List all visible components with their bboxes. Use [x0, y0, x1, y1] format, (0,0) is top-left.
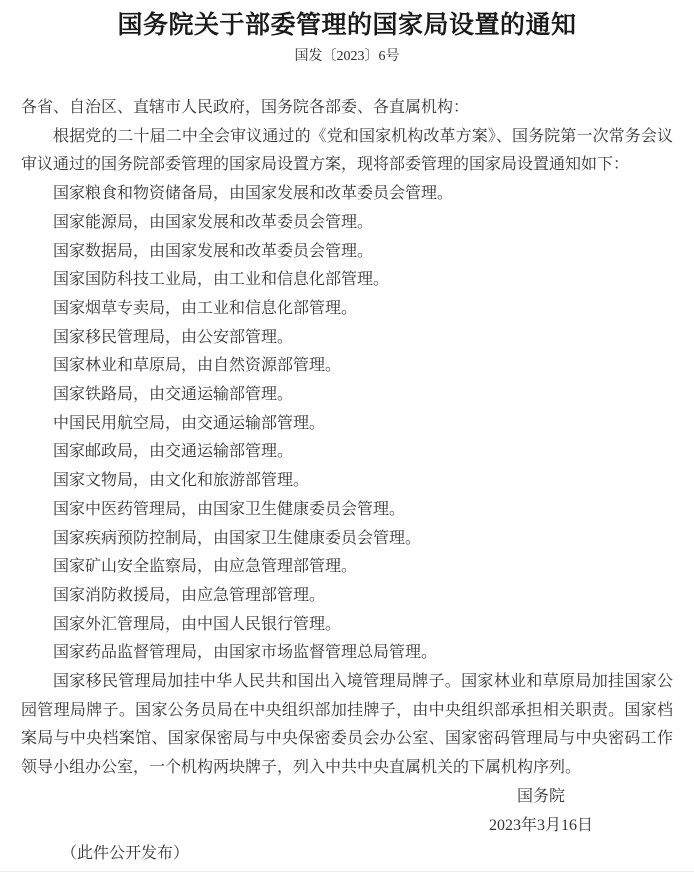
bureau-line: 国家文物局，由文化和旅游部管理。: [21, 467, 673, 496]
bureau-line: 国家林业和草原局，由自然资源部管理。: [21, 352, 673, 381]
bureau-line: 国家移民管理局，由公安部管理。: [21, 324, 673, 353]
bureau-line: 国家消防救援局，由应急管理部管理。: [21, 582, 673, 611]
bureau-line: 国家数据局，由国家发展和改革委员会管理。: [21, 238, 673, 267]
bureau-line: 国家中医药管理局，由国家卫生健康委员会管理。: [21, 496, 673, 525]
signature-block: 国务院 2023年3月16日: [21, 783, 673, 840]
bureau-line: 国家疾病预防控制局，由国家卫生健康委员会管理。: [21, 525, 673, 554]
document-number: 国发〔2023〕6号: [21, 46, 673, 68]
public-release-note: （此件公开发布）: [21, 840, 673, 869]
bureau-line: 中国民用航空局，由交通运输部管理。: [21, 410, 673, 439]
bureau-line: 国家烟草专卖局，由工业和信息化部管理。: [21, 295, 673, 324]
signature-inner: 国务院 2023年3月16日: [489, 783, 593, 840]
document-content: 国务院关于部委管理的国家局设置的通知 国发〔2023〕6号 各省、自治区、直辖市…: [21, 10, 673, 869]
bureau-line: 国家国防科技工业局，由工业和信息化部管理。: [21, 266, 673, 295]
document-title: 国务院关于部委管理的国家局设置的通知: [21, 10, 673, 42]
bureau-line: 国家药品监督管理局，由国家市场监督管理总局管理。: [21, 639, 673, 668]
bureau-line: 国家矿山安全监察局，由应急管理部管理。: [21, 553, 673, 582]
document-body: 各省、自治区、直辖市人民政府，国务院各部委、各直属机构： 根据党的二十届二中全会…: [21, 94, 673, 869]
signature-signer: 国务院: [489, 783, 593, 812]
salutation-line: 各省、自治区、直辖市人民政府，国务院各部委、各直属机构：: [21, 94, 673, 123]
signature-date: 2023年3月16日: [489, 812, 593, 841]
closing-paragraph: 国家移民管理局加挂中华人民共和国出入境管理局牌子。国家林业和草原局加挂国家公园管…: [21, 668, 673, 783]
bureau-line: 国家粮食和物资储备局，由国家发展和改革委员会管理。: [21, 180, 673, 209]
bureau-line: 国家能源局，由国家发展和改革委员会管理。: [21, 209, 673, 238]
bureau-line: 国家邮政局，由交通运输部管理。: [21, 438, 673, 467]
bureau-line: 国家铁路局，由交通运输部管理。: [21, 381, 673, 410]
bureau-line: 国家外汇管理局，由中国人民银行管理。: [21, 611, 673, 640]
intro-paragraph: 根据党的二十届二中全会审议通过的《党和国家机构改革方案》、国务院第一次常务会议审…: [21, 123, 673, 180]
document-page: 国务院关于部委管理的国家局设置的通知 国发〔2023〕6号 各省、自治区、直辖市…: [0, 0, 694, 872]
